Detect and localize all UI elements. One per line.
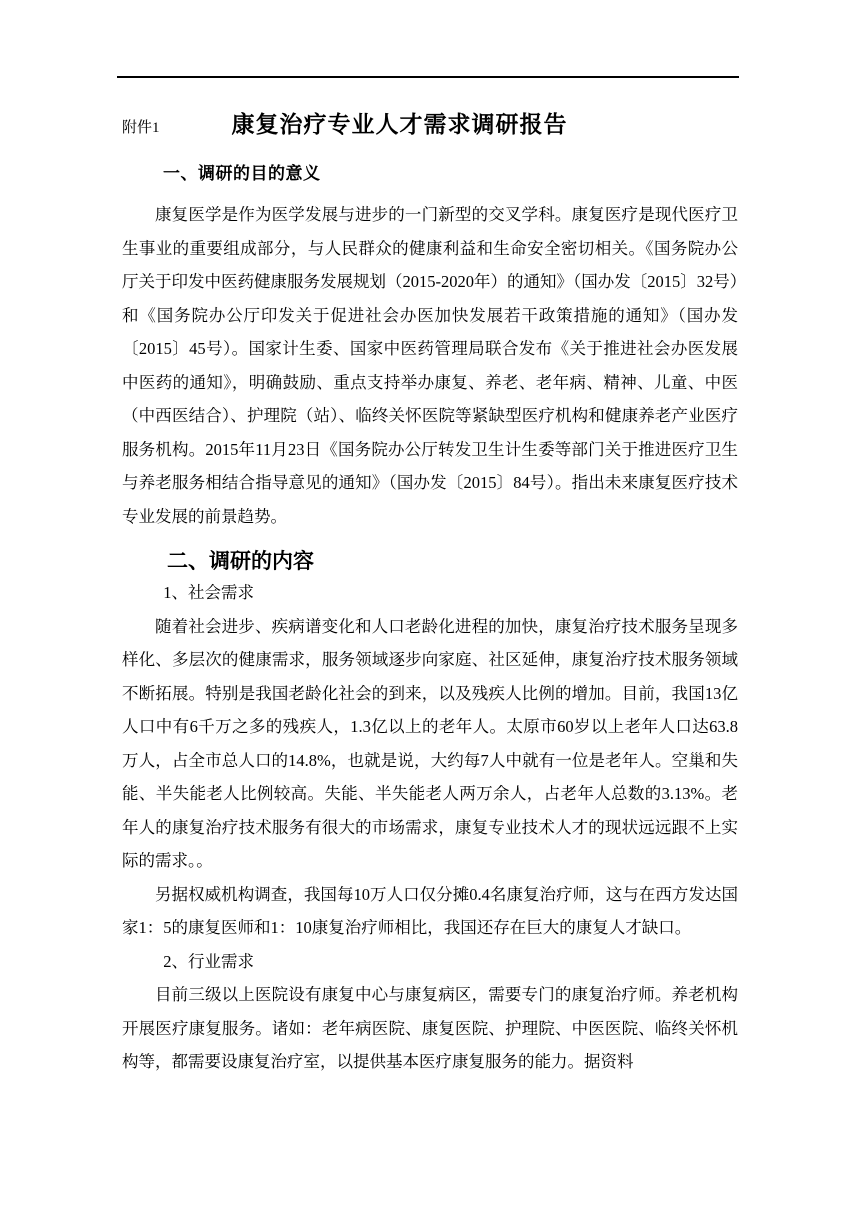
section-heading-1: 一、调研的目的意义 <box>163 162 738 186</box>
subsection-heading-industry-demand: 2、行业需求 <box>122 945 738 979</box>
industry-demand-paragraph: 目前三级以上医院设有康复中心与康复病区，需要专门的康复治疗师。养老机构开展医疗康… <box>122 978 738 1079</box>
document-page: 附件1 康复治疗专业人才需求调研报告 一、调研的目的意义 康复医学是作为医学发展… <box>0 0 860 1217</box>
attachment-label: 附件1 <box>122 110 160 146</box>
document-title: 康复治疗专业人才需求调研报告 <box>232 106 568 142</box>
title-row: 附件1 康复治疗专业人才需求调研报告 <box>122 106 738 146</box>
social-demand-paragraph-2: 另据权威机构调查，我国每10万人口仅分摊0.4名康复治疗师，这与在西方发达国家1… <box>122 878 738 945</box>
section-heading-2: 二、调研的内容 <box>167 548 738 576</box>
subsection-heading-social-demand: 1、社会需求 <box>122 576 738 610</box>
social-demand-paragraph-1: 随着社会进步、疾病谱变化和人口老龄化进程的加快，康复治疗技术服务呈现多样化、多层… <box>122 610 738 878</box>
section-1-paragraph: 康复医学是作为医学发展与进步的一门新型的交叉学科。康复医疗是现代医疗卫生事业的重… <box>122 198 738 533</box>
document-content: 附件1 康复治疗专业人才需求调研报告 一、调研的目的意义 康复医学是作为医学发展… <box>122 106 738 1079</box>
header-rule <box>117 76 739 78</box>
